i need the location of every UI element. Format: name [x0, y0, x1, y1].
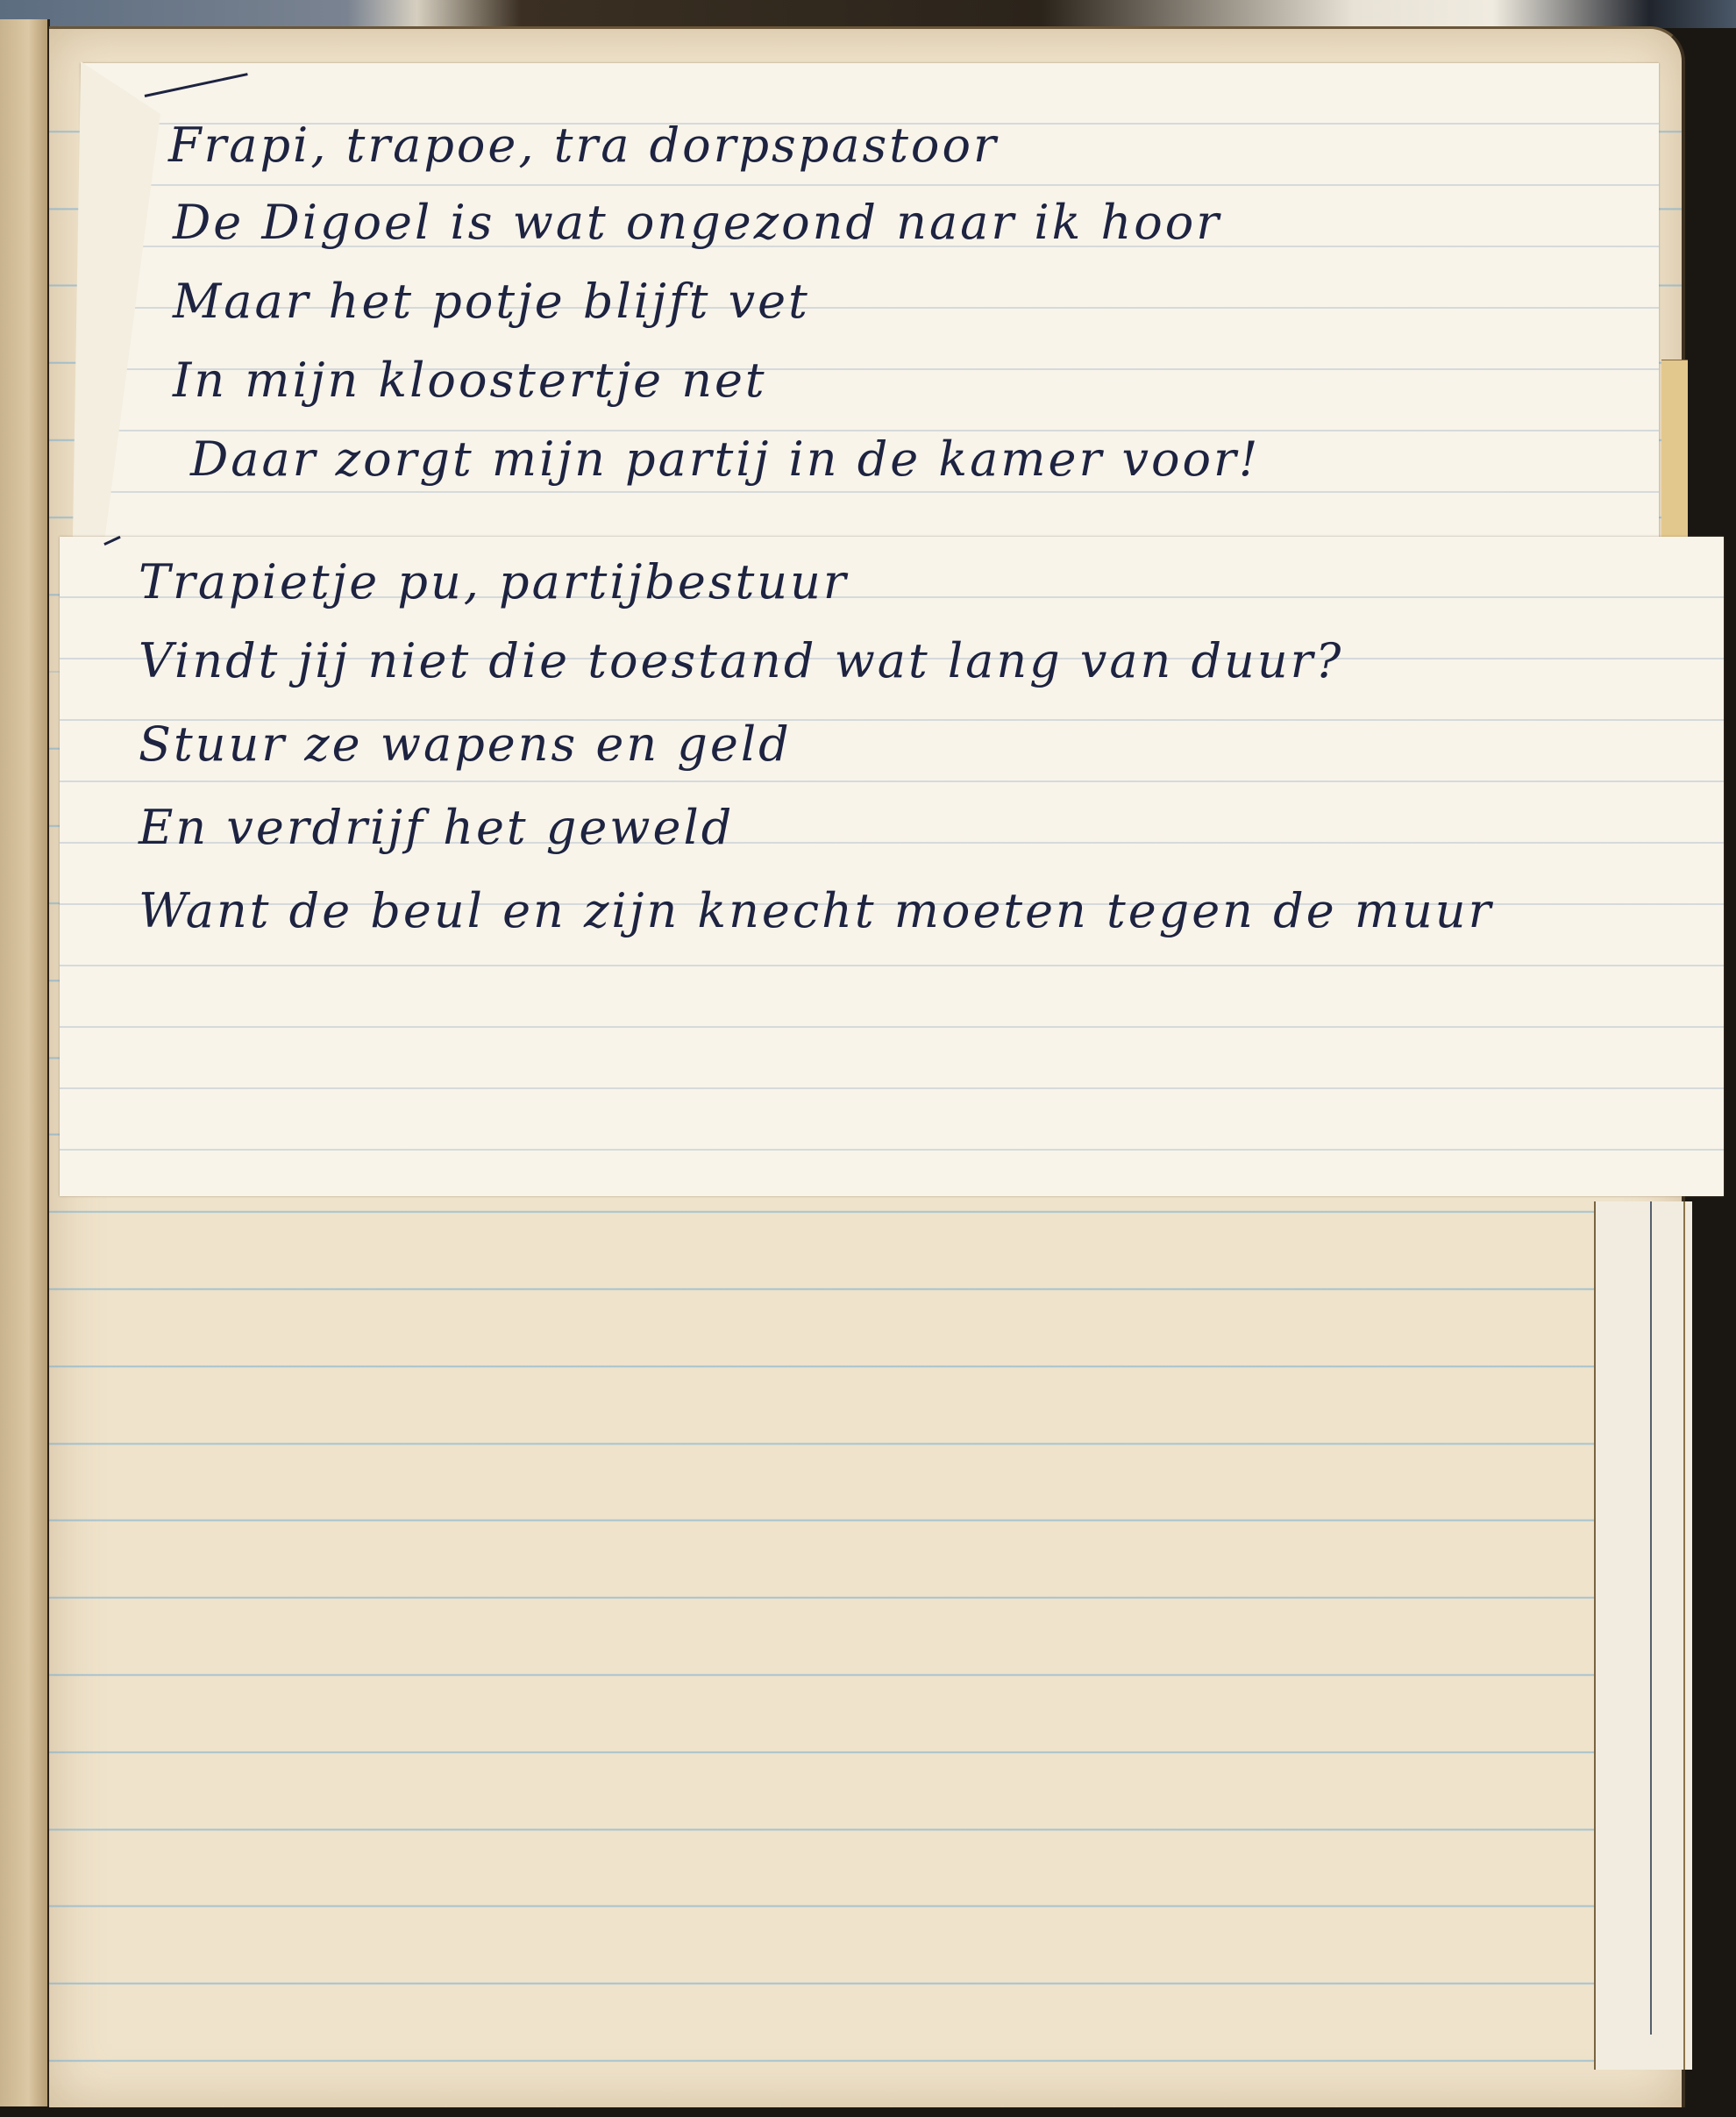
poem-line: In mijn kloostertje net [173, 353, 767, 408]
underlying-leaves [1594, 1201, 1692, 2070]
poem-line: En verdrijf het geweld [139, 800, 734, 855]
poem-line: Want de beul en zijn knecht moeten tegen… [139, 883, 1493, 938]
leaf-edge [1683, 1201, 1685, 2070]
page-tab [1661, 360, 1688, 553]
poem-line: Maar het potje blijft vet [173, 274, 810, 329]
pasted-slip-1: Frapi, trapoe, tra dorpspastoor De Digoe… [81, 63, 1659, 554]
poem-line: Vindt jij niet die toestand wat lang van… [139, 633, 1343, 688]
poem-line: Frapi, trapoe, tra dorpspastoor [168, 118, 999, 173]
pasted-slip-2: Trapietje pu, partijbestuur Vindt jij ni… [60, 537, 1724, 1196]
left-facing-page-edge [0, 19, 50, 2106]
poem-line: De Digoel is wat ongezond naar ik hoor [173, 195, 1221, 250]
background-scan-edge [0, 0, 1736, 28]
poem-line: Stuur ze wapens en geld [139, 716, 792, 772]
poem-line: Daar zorgt mijn partij in de kamer voor! [190, 431, 1261, 487]
margin-line [1650, 1201, 1652, 2035]
poem-line: Trapietje pu, partijbestuur [139, 554, 849, 609]
